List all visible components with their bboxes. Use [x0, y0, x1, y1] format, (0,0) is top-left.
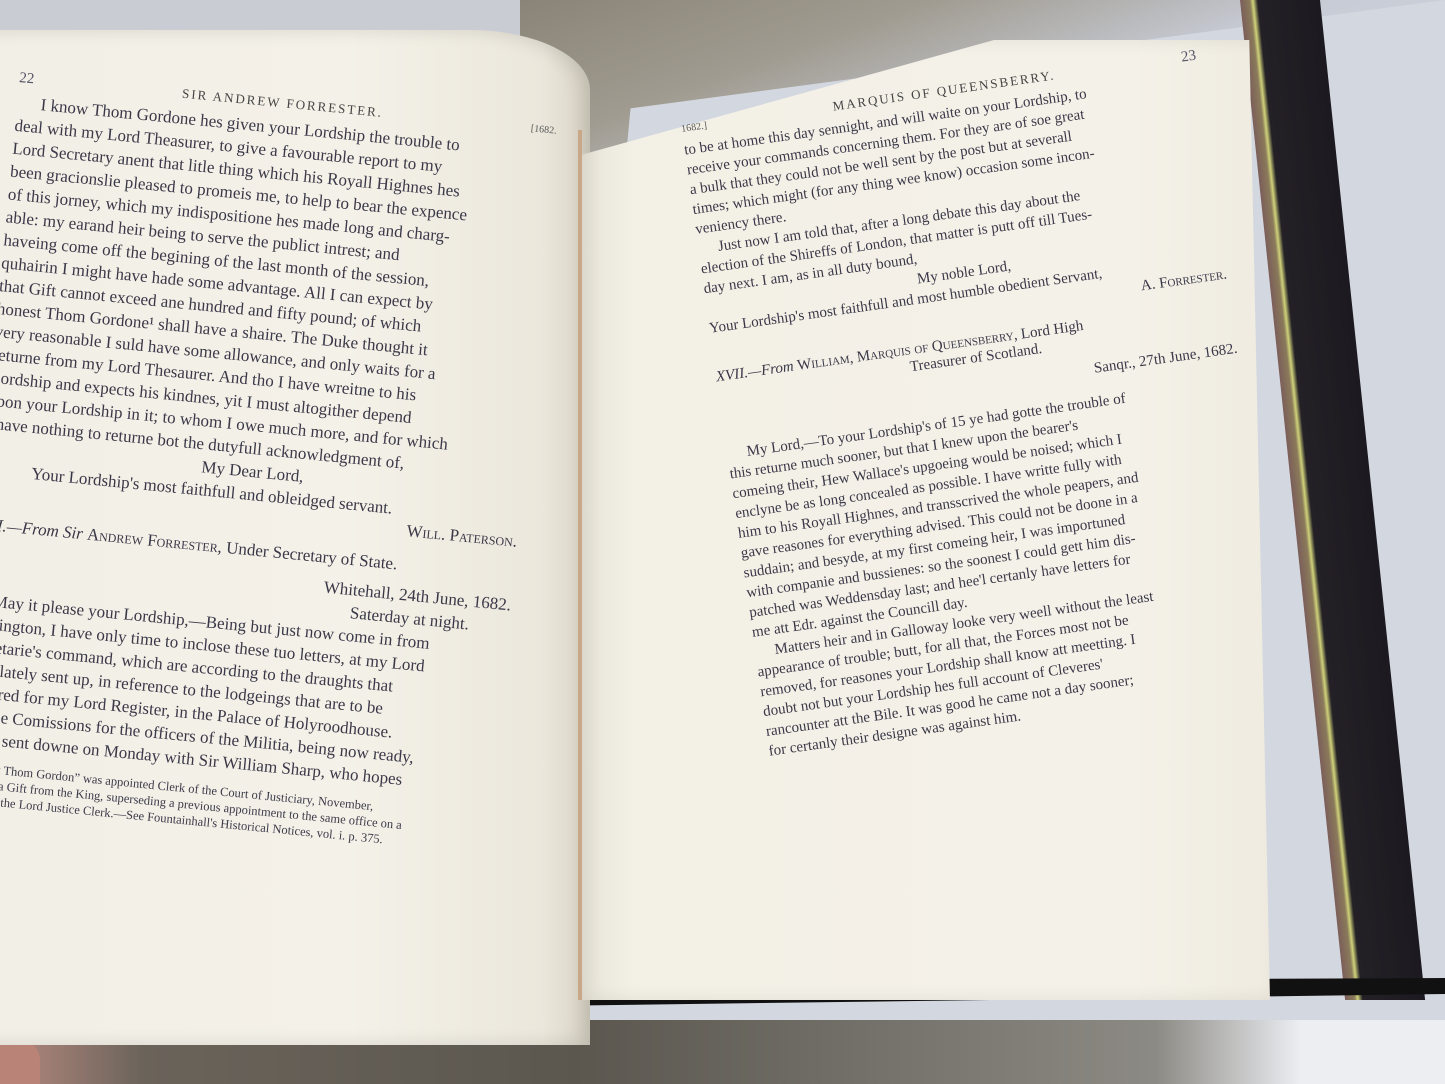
page-number: 23: [1180, 48, 1197, 67]
left-page-text: 22 SIR ANDREW FORRESTER. [1682. I know T…: [0, 70, 558, 857]
letter-number: XVI.—From Sir: [0, 514, 84, 543]
year-note: [1682.: [530, 123, 557, 136]
letter-author: Andrew Forrester: [86, 525, 219, 556]
holding-finger: [0, 1040, 40, 1084]
letter-xv-body: I know Thom Gordone hes given your Lords…: [0, 91, 556, 532]
gutter-shadow: [578, 130, 582, 1000]
year-note: 1682.]: [681, 120, 708, 134]
page-number: 22: [18, 70, 35, 88]
right-page-text: 1682.] MARQUIS OF QUEENSBERRY. 23 to be …: [680, 48, 1285, 762]
